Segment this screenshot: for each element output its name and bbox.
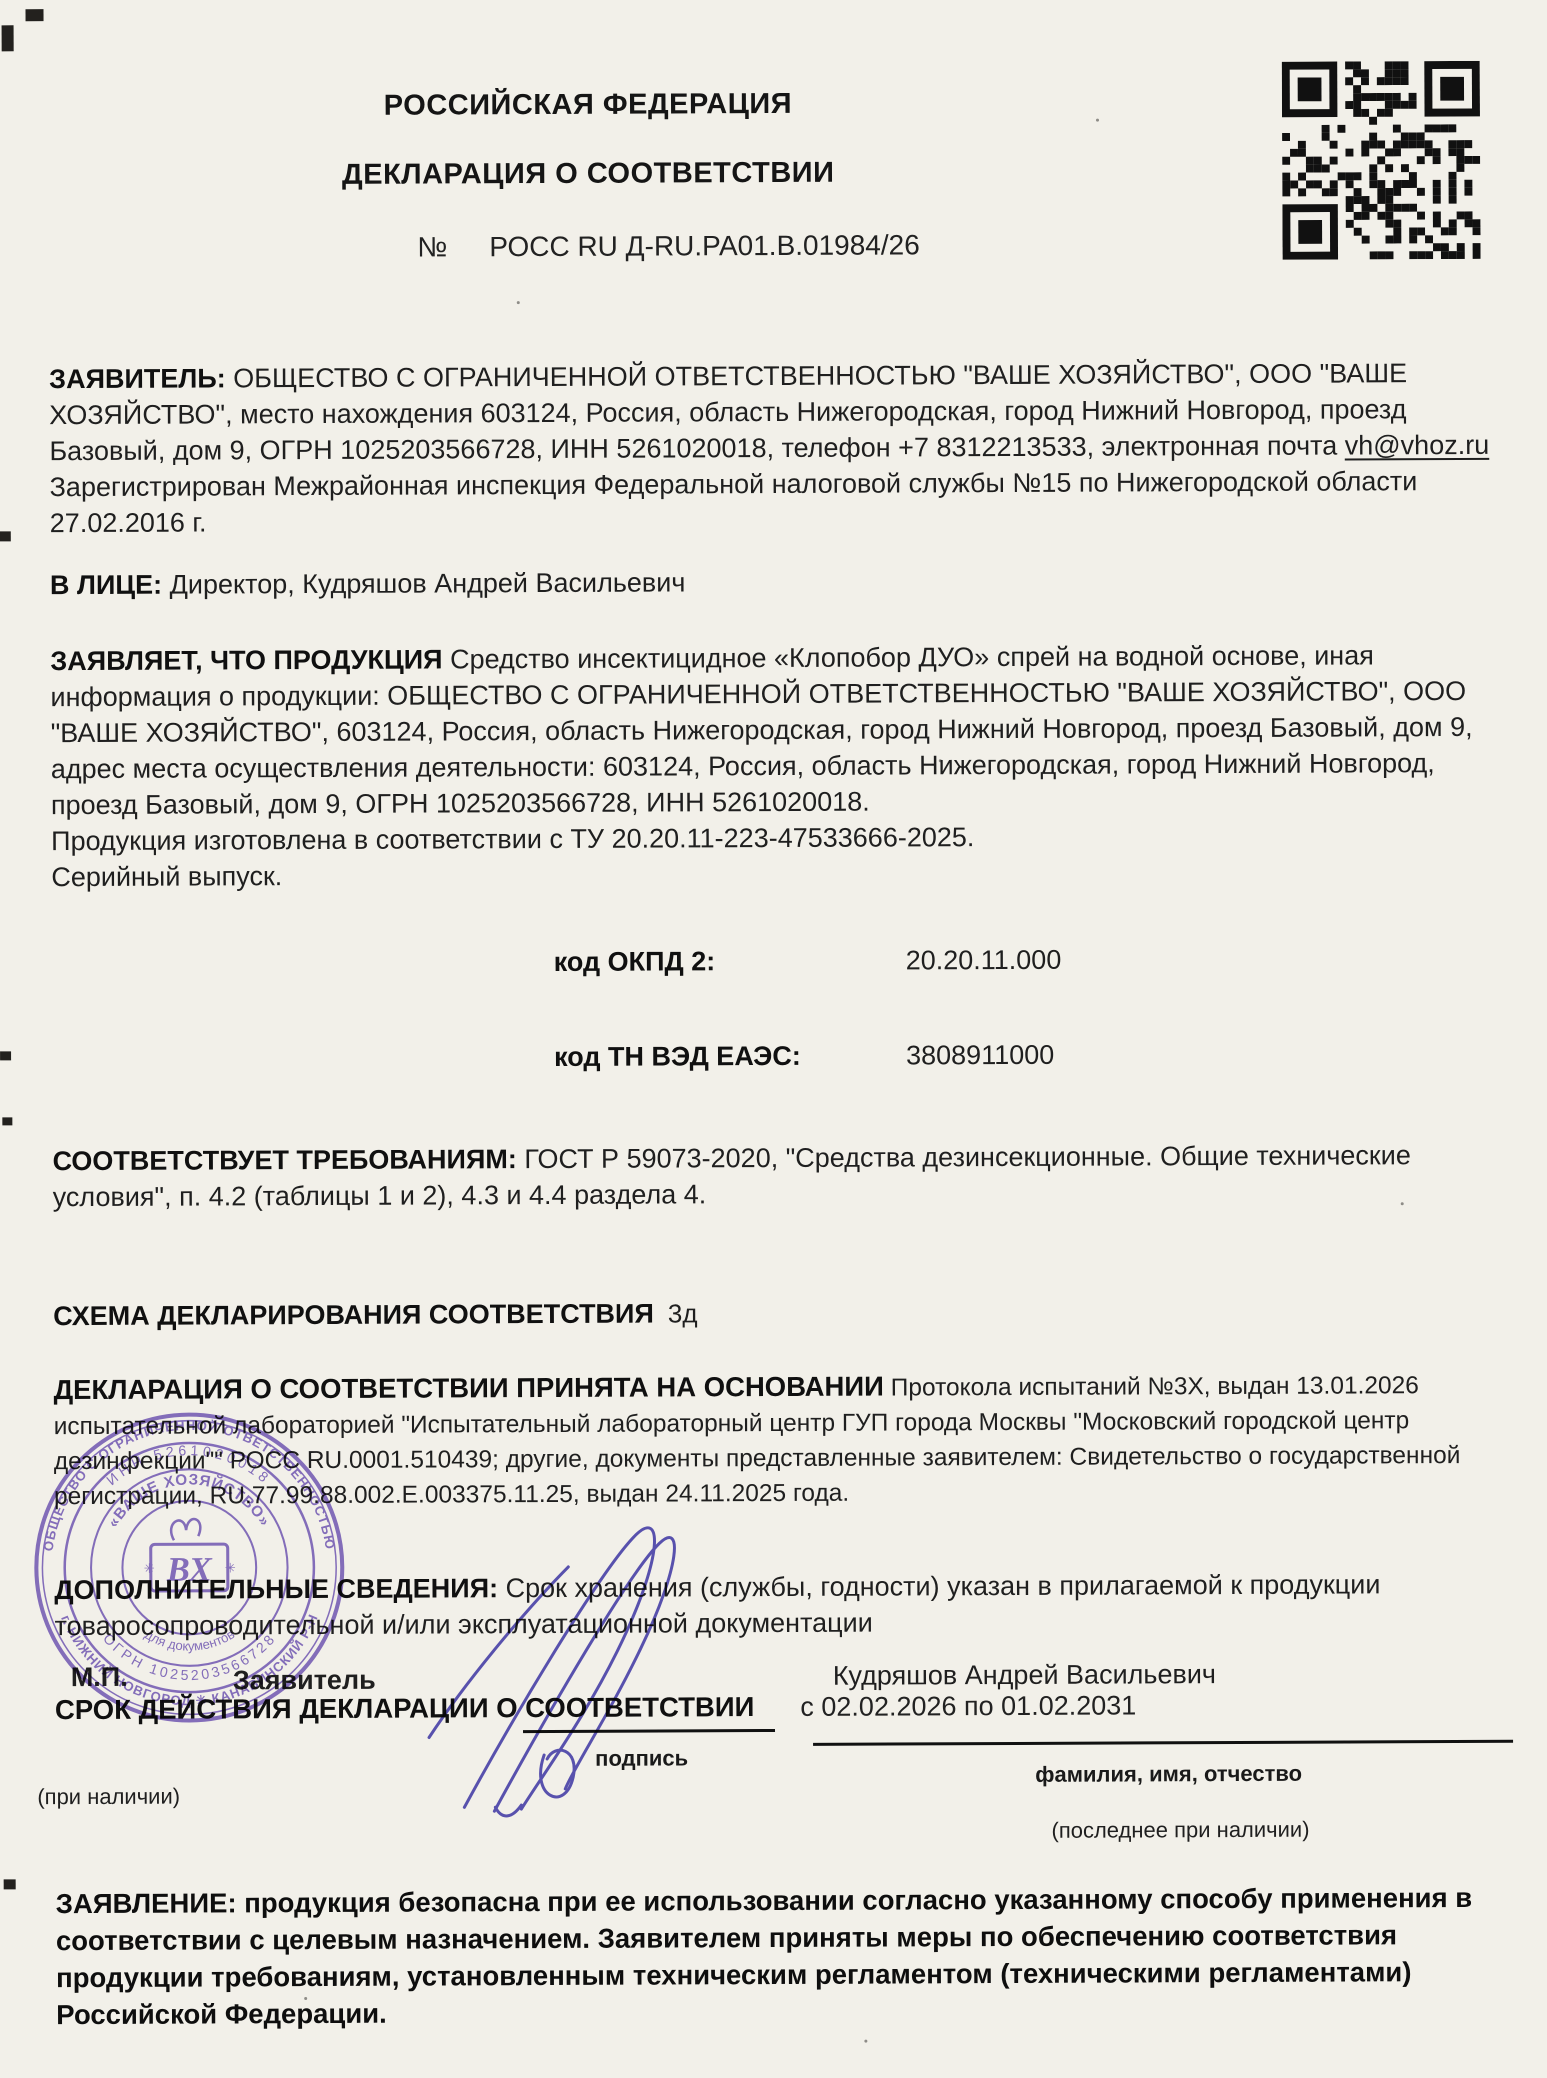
applicant-paragraph: ЗАЯВИТЕЛЬ: ОБЩЕСТВО С ОГРАНИЧЕННОЙ ОТВЕТ…	[49, 355, 1495, 541]
scan-artifact	[2, 25, 14, 51]
okpd-label: код ОКПД 2:	[554, 945, 906, 978]
tnved-row: код ТН ВЭД ЕАЭС: 3808911000	[554, 1038, 1497, 1073]
scan-artifact	[2, 1117, 12, 1125]
name-caption: фамилия, имя, отчество	[1035, 1761, 1302, 1788]
statement-paragraph: ЗАЯВЛЕНИЕ: продукция безопасна при ее ис…	[56, 1879, 1492, 2033]
last-if-available-note: (последнее при наличии)	[1051, 1817, 1309, 1844]
statement-text: продукция безопасна при ее использовании…	[56, 1882, 1472, 2030]
name-line	[813, 1740, 1513, 1746]
scheme-label: СХЕМА ДЕКЛАРИРОВАНИЯ СООТВЕТСТВИЯ	[53, 1299, 654, 1332]
applicant-label: ЗАЯВИТЕЛЬ:	[49, 363, 226, 394]
svg-text:ВХ: ВХ	[166, 1551, 213, 1589]
stamp-monogram: ВХ	[151, 1519, 228, 1591]
if-available-note: (при наличии)	[37, 1784, 180, 1811]
stamp-purpose-text: для документов	[142, 1626, 237, 1654]
applicant-email: vh@vhoz.ru	[1345, 430, 1490, 461]
declaration-number: РОСС RU Д-RU.РА01.В.01984/26	[489, 229, 920, 262]
compliance-paragraph: СООТВЕТСТВУЕТ ТРЕБОВАНИЯМ: ГОСТ Р 59073-…	[52, 1137, 1497, 1215]
okpd-value: 20.20.11.000	[906, 945, 1062, 977]
company-seal-stamp: ОБЩЕСТВО С ОГРАНИЧЕННОЙ ОТВЕТСТВЕННОСТЬЮ…	[32, 1410, 347, 1725]
svg-text:для документов: для документов	[142, 1626, 237, 1654]
serial-line: Серийный выпуск.	[51, 861, 282, 892]
number-sign: №	[417, 231, 447, 262]
okpd-row: код ОКПД 2: 20.20.11.000	[554, 943, 1497, 978]
scan-artifact	[0, 531, 11, 541]
basis-label: ДЕКЛАРАЦИЯ О СООТВЕТСТВИИ ПРИНЯТА НА ОСН…	[53, 1371, 884, 1406]
signature-ink	[368, 1496, 759, 1824]
declares-paragraph: ЗАЯВЛЯЕТ, ЧТО ПРОДУКЦИЯ Средство инсекти…	[50, 637, 1496, 895]
applicant-registration: Зарегистрирован Межрайонная инспекция Фе…	[50, 466, 1418, 538]
document-title: ДЕКЛАРАЦИЯ О СООТВЕТСТВИИ	[48, 155, 1128, 193]
declares-label: ЗАЯВЛЯЕТ, ЧТО ПРОДУКЦИЯ	[50, 644, 442, 676]
stamp-star-left: ✳	[144, 1561, 155, 1576]
tnved-label: код ТН ВЭД ЕАЭС:	[554, 1040, 906, 1073]
svg-text:г. НИЖНИЙ НОВГОРОД ✳ КАНАВИНСК: г. НИЖНИЙ НОВГОРОД ✳ КАНАВИНСКИЙ Р-Н	[58, 1612, 321, 1709]
scheme-value: 3д	[668, 1298, 698, 1328]
scan-artifact	[4, 1879, 16, 1889]
country-title: РОССИЙСКАЯ ФЕДЕРАЦИЯ	[48, 86, 1128, 124]
codes-block: код ОКПД 2: 20.20.11.000 код ТН ВЭД ЕАЭС…	[52, 943, 1498, 1075]
applicant-text: ОБЩЕСТВО С ОГРАНИЧЕННОЙ ОТВЕТСТВЕННОСТЬЮ…	[49, 358, 1407, 466]
in-person-text: Директор, Кудряшов Андрей Васильевич	[170, 567, 686, 599]
compliance-label: СООТВЕТСТВУЕТ ТРЕБОВАНИЯМ:	[52, 1144, 516, 1176]
manufactured-line: Продукция изготовлена в соответствии с Т…	[51, 822, 974, 856]
declaration-number-line: №РОСС RU Д-RU.РА01.В.01984/26	[48, 228, 1288, 265]
scan-artifact	[25, 9, 43, 21]
in-person-line: В ЛИЦЕ: Директор, Кудряшов Андрей Василь…	[50, 561, 1495, 603]
tnved-value: 3808911000	[906, 1040, 1054, 1072]
in-person-label: В ЛИЦЕ:	[50, 570, 162, 600]
signer-name: Кудряшов Андрей Васильевич	[833, 1659, 1216, 1692]
statement-label: ЗАЯВЛЕНИЕ:	[56, 1887, 237, 1919]
scheme-line: СХЕМА ДЕКЛАРИРОВАНИЯ СООТВЕТСТВИЯ3д	[53, 1295, 1498, 1332]
scanned-declaration-page: РОССИЙСКАЯ ФЕДЕРАЦИЯ ДЕКЛАРАЦИЯ О СООТВЕ…	[0, 0, 1547, 2078]
stamp-outer-bottom-text: г. НИЖНИЙ НОВГОРОД ✳ КАНАВИНСКИЙ Р-Н	[58, 1612, 321, 1709]
scan-artifact	[0, 1051, 11, 1060]
scan-speck	[864, 2040, 867, 2043]
